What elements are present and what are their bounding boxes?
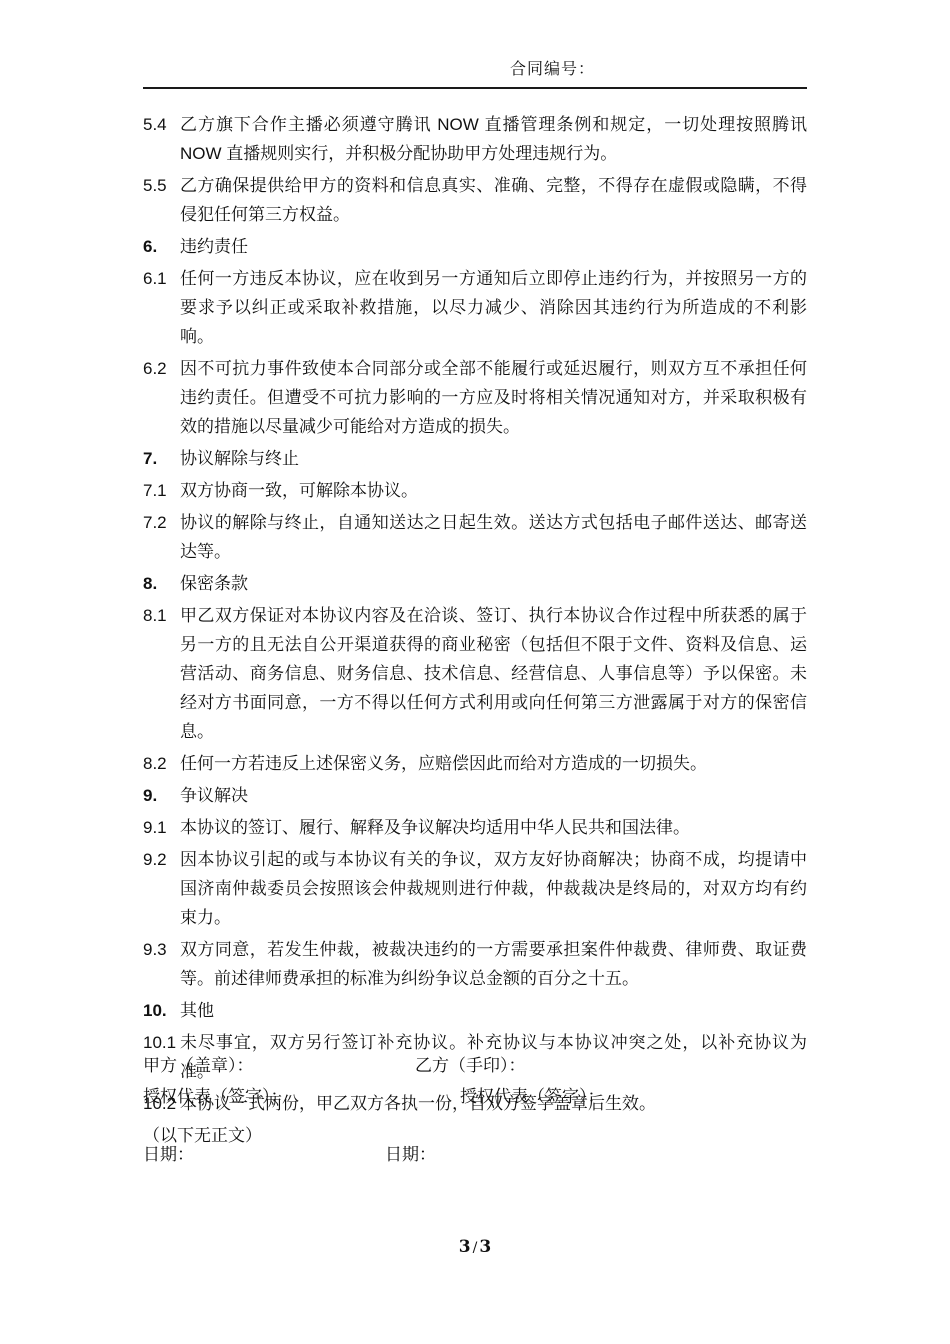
clause-number: 7.2 [143,508,167,537]
clause-text: 双方同意，若发生仲裁，被裁决违约的一方需要承担案件仲裁费、律师费、取证费等。前述… [180,940,807,988]
section-number: 9. [143,781,157,810]
party-b-rep-label: 授权代表（签字）： [460,1081,605,1112]
clause-9-3: 9.3 双方同意，若发生仲裁，被裁决违约的一方需要承担案件仲裁费、律师费、取证费… [143,935,807,993]
section-8-heading: 8. 保密条款 [143,569,807,598]
party-b-date-label: 日期： [385,1139,436,1170]
clause-number: 9.3 [143,935,167,964]
section-number: 7. [143,444,157,473]
party-a-rep-label: 授权代表（签字）： [143,1087,288,1106]
contract-number-label: 合同编号： [510,61,595,78]
clause-number: 8.2 [143,749,167,778]
section-9-heading: 9. 争议解决 [143,781,807,810]
signature-block: 甲方（盖章）： 乙方（手印）： 授权代表（签字）： 授权代表（签字）： 日期： … [143,1050,863,1170]
clause-number: 6.2 [143,354,167,383]
clause-8-2: 8.2 任何一方若违反上述保密义务，应赔偿因此而给对方造成的一切损失。 [143,749,807,778]
clause-text: 协议的解除与终止，自通知送达之日起生效。送达方式包括电子邮件送达、邮寄送达等。 [180,513,807,561]
clause-text: 因不可抗力事件致使本合同部分或全部不能履行或延迟履行，则双方互不承担任何违约责任… [180,359,807,436]
section-number: 10. [143,996,167,1025]
section-title: 其他 [180,1001,214,1020]
section-title: 保密条款 [180,574,248,593]
clause-number: 5.5 [143,171,167,200]
clause-text: 乙方旗下合作主播必须遵守腾讯 NOW 直播管理条例和规定，一切处理按照腾讯 NO… [180,115,807,163]
section-6-heading: 6. 违约责任 [143,232,807,261]
clause-5-5: 5.5 乙方确保提供给甲方的资料和信息真实、准确、完整，不得存在虚假或隐瞒，不得… [143,171,807,229]
clause-text: 甲乙双方保证对本协议内容及在洽谈、签订、执行本协议合作过程中所获悉的属于另一方的… [180,606,807,741]
clause-number: 7.1 [143,476,167,505]
page-number: 3/3 [0,1237,950,1257]
signature-row-parties: 甲方（盖章）： 乙方（手印）： [143,1050,863,1081]
clause-number: 9.1 [143,813,167,842]
section-title: 争议解决 [180,786,248,805]
clause-9-1: 9.1 本协议的签订、履行、解释及争议解决均适用中华人民共和国法律。 [143,813,807,842]
clause-8-1: 8.1 甲乙双方保证对本协议内容及在洽谈、签订、执行本协议合作过程中所获悉的属于… [143,601,807,746]
section-10-heading: 10. 其他 [143,996,807,1025]
party-a-seal-label: 甲方（盖章）： [143,1056,254,1075]
clause-6-2: 6.2 因不可抗力事件致使本合同部分或全部不能履行或延迟履行，则双方互不承担任何… [143,354,807,441]
clause-number: 6.1 [143,264,167,293]
clause-text: 任何一方违反本协议，应在收到另一方通知后立即停止违约行为，并按照另一方的要求予以… [180,269,807,346]
clause-text: 因本协议引起的或与本协议有关的争议，双方友好协商解决；协商不成，均提请中国济南仲… [180,850,807,927]
clause-6-1: 6.1 任何一方违反本协议，应在收到另一方通知后立即停止违约行为，并按照另一方的… [143,264,807,351]
clause-7-1: 7.1 双方协商一致，可解除本协议。 [143,476,807,505]
clause-text: 任何一方若违反上述保密义务，应赔偿因此而给对方造成的一切损失。 [180,754,707,773]
clause-5-4: 5.4 乙方旗下合作主播必须遵守腾讯 NOW 直播管理条例和规定，一切处理按照腾… [143,110,807,168]
page-number-total: 3 [479,1237,491,1257]
section-7-heading: 7. 协议解除与终止 [143,444,807,473]
clause-9-2: 9.2 因本协议引起的或与本协议有关的争议，双方友好协商解决；协商不成，均提请中… [143,845,807,932]
clause-number: 8.1 [143,601,167,630]
contract-body: 5.4 乙方旗下合作主播必须遵守腾讯 NOW 直播管理条例和规定，一切处理按照腾… [143,110,807,1150]
clause-text: 本协议的签订、履行、解释及争议解决均适用中华人民共和国法律。 [180,818,690,837]
clause-number: 9.2 [143,845,167,874]
page-header: 合同编号： [143,60,807,89]
contract-page: 合同编号： 5.4 乙方旗下合作主播必须遵守腾讯 NOW 直播管理条例和规定，一… [0,0,950,1344]
clause-text: 双方协商一致，可解除本协议。 [180,481,418,500]
section-title: 违约责任 [180,237,248,256]
section-number: 8. [143,569,157,598]
clause-text: 乙方确保提供给甲方的资料和信息真实、准确、完整，不得存在虚假或隐瞒，不得侵犯任何… [180,176,807,224]
page-number-current: 3 [459,1237,471,1257]
signature-row-dates: 日期： 日期： [143,1139,863,1170]
section-number: 6. [143,232,157,261]
signature-row-representatives: 授权代表（签字）： 授权代表（签字）： [143,1081,863,1112]
section-title: 协议解除与终止 [180,449,299,468]
party-b-print-label: 乙方（手印）： [415,1050,526,1081]
clause-7-2: 7.2 协议的解除与终止，自通知送达之日起生效。送达方式包括电子邮件送达、邮寄送… [143,508,807,566]
party-a-date-label: 日期： [143,1145,194,1164]
clause-number: 5.4 [143,110,167,139]
